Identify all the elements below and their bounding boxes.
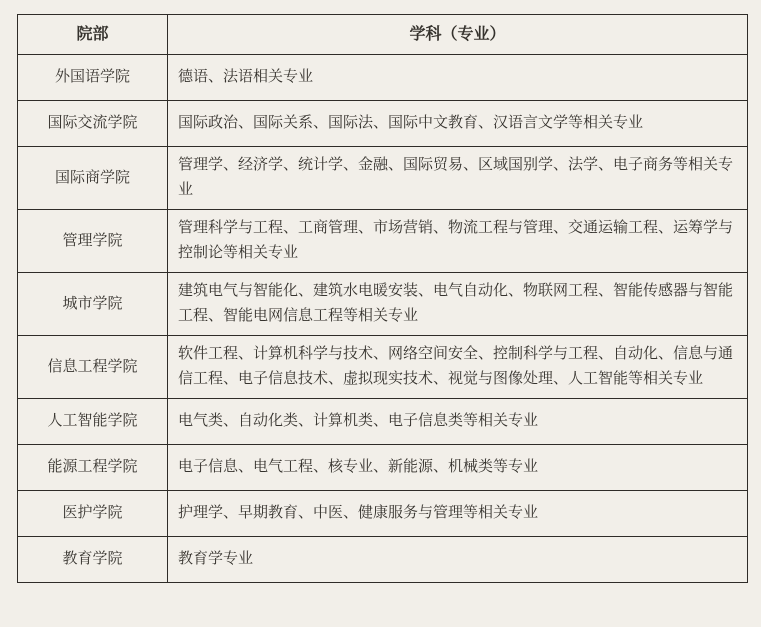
majors-cell: 管理学、经济学、统计学、金融、国际贸易、区域国别学、法学、电子商务等相关专业	[168, 147, 748, 210]
table-header-row: 院部 学科（专业）	[18, 15, 748, 55]
majors-cell: 管理科学与工程、工商管理、市场营销、物流工程与管理、交通运输工程、运筹学与控制论…	[168, 210, 748, 273]
majors-cell: 电气类、自动化类、计算机类、电子信息类等相关专业	[168, 399, 748, 445]
column-header-majors: 学科（专业）	[168, 15, 748, 55]
majors-cell: 护理学、早期教育、中医、健康服务与管理等相关专业	[168, 491, 748, 537]
table-row: 信息工程学院软件工程、计算机科学与技术、网络空间安全、控制科学与工程、自动化、信…	[18, 336, 748, 399]
table-row: 城市学院建筑电气与智能化、建筑水电暖安装、电气自动化、物联网工程、智能传感器与智…	[18, 273, 748, 336]
majors-cell: 国际政治、国际关系、国际法、国际中文教育、汉语言文学等相关专业	[168, 101, 748, 147]
department-cell: 外国语学院	[18, 55, 168, 101]
table-row: 人工智能学院电气类、自动化类、计算机类、电子信息类等相关专业	[18, 399, 748, 445]
department-cell: 城市学院	[18, 273, 168, 336]
table-row: 国际商学院管理学、经济学、统计学、金融、国际贸易、区域国别学、法学、电子商务等相…	[18, 147, 748, 210]
majors-cell: 建筑电气与智能化、建筑水电暖安装、电气自动化、物联网工程、智能传感器与智能工程、…	[168, 273, 748, 336]
department-cell: 国际商学院	[18, 147, 168, 210]
table-row: 教育学院教育学专业	[18, 537, 748, 583]
majors-cell: 电子信息、电气工程、核专业、新能源、机械类等专业	[168, 445, 748, 491]
table-row: 管理学院管理科学与工程、工商管理、市场营销、物流工程与管理、交通运输工程、运筹学…	[18, 210, 748, 273]
department-cell: 能源工程学院	[18, 445, 168, 491]
column-header-department: 院部	[18, 15, 168, 55]
table-body: 外国语学院德语、法语相关专业国际交流学院国际政治、国际关系、国际法、国际中文教育…	[18, 55, 748, 583]
table-row: 国际交流学院国际政治、国际关系、国际法、国际中文教育、汉语言文学等相关专业	[18, 101, 748, 147]
department-cell: 国际交流学院	[18, 101, 168, 147]
departments-majors-table: 院部 学科（专业） 外国语学院德语、法语相关专业国际交流学院国际政治、国际关系、…	[17, 14, 748, 583]
table-row: 医护学院护理学、早期教育、中医、健康服务与管理等相关专业	[18, 491, 748, 537]
majors-cell: 软件工程、计算机科学与技术、网络空间安全、控制科学与工程、自动化、信息与通信工程…	[168, 336, 748, 399]
department-cell: 管理学院	[18, 210, 168, 273]
majors-cell: 教育学专业	[168, 537, 748, 583]
department-cell: 人工智能学院	[18, 399, 168, 445]
department-cell: 信息工程学院	[18, 336, 168, 399]
department-cell: 教育学院	[18, 537, 168, 583]
department-cell: 医护学院	[18, 491, 168, 537]
table-row: 外国语学院德语、法语相关专业	[18, 55, 748, 101]
table-row: 能源工程学院电子信息、电气工程、核专业、新能源、机械类等专业	[18, 445, 748, 491]
majors-cell: 德语、法语相关专业	[168, 55, 748, 101]
